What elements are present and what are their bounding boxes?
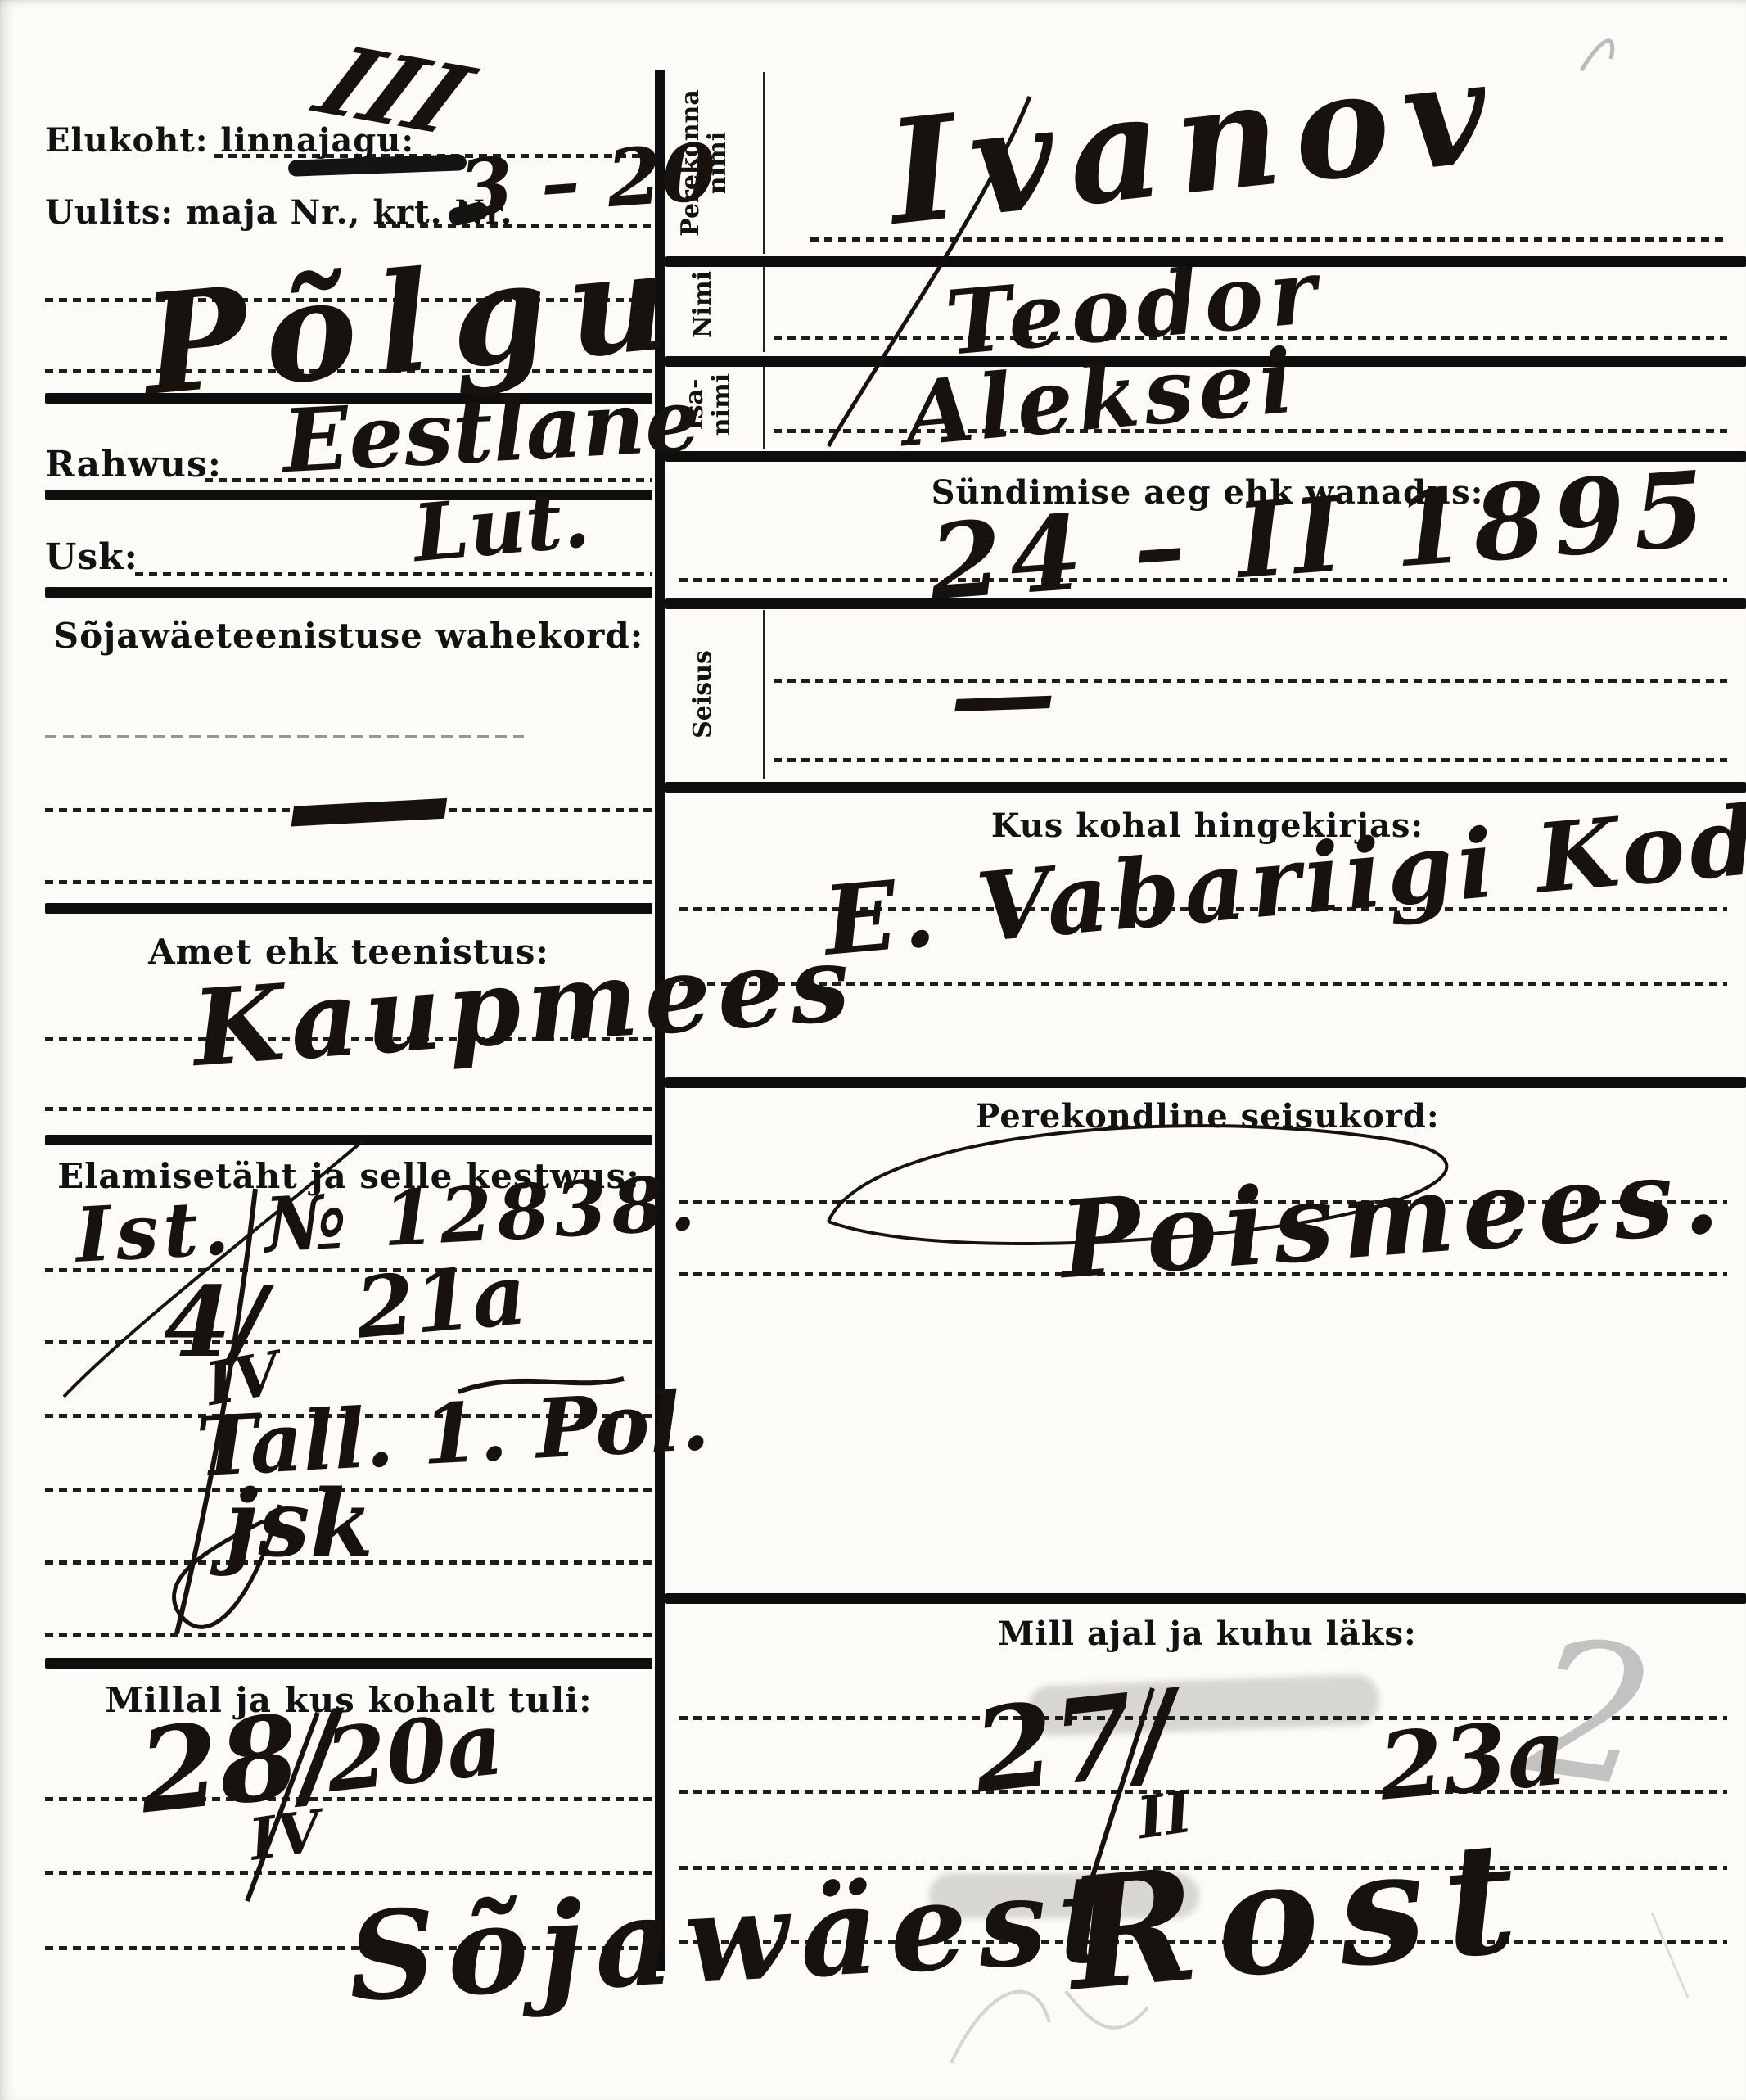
arrival-year-value: 20a [323,1704,507,1800]
status-value: — [948,645,1058,744]
arrival-from-value: Sõjawäest [345,1863,1128,2012]
permit-office2-value: jsk [225,1484,373,1566]
surname-value: Ivanov [883,46,1508,238]
ruled-line [45,1633,652,1637]
label-rule [763,610,765,779]
section-divider [45,1135,652,1145]
label-rule [763,72,765,254]
military-label: Sõjawäeteenistuse wahekord: [45,616,652,656]
pencil-scribble [1652,1913,1688,1998]
ruled-line [774,679,1727,683]
registration-card: Elukoht: linnajagu: III Uulits: maja Nr.… [0,0,1746,2100]
section-divider [45,587,652,598]
arrival-month-value: IV [246,1804,324,1866]
label-rule [763,266,765,352]
section-divider [45,1658,652,1669]
section-divider [45,903,652,914]
pencil-scribble [1581,41,1613,70]
military-value: — [278,716,458,880]
family-status-label: Perekondline seisukord: [679,1097,1735,1136]
religion-label: Usk: [45,536,138,578]
nationality-value: Eestlane [281,381,702,481]
ruled-line [45,1107,652,1111]
residence-value: III [305,38,481,142]
permit-office-value: Tall. 1. Pol. [195,1384,711,1484]
family-status-value: Poismees. [1058,1146,1730,1289]
street-label: Uulits: maja Nr., krt. Nr. [45,193,512,232]
ruled-line [774,758,1727,762]
street-number-value: 3 – 20 [456,137,718,225]
nationality-label: Rahwus: [45,444,222,485]
section-divider [665,782,1746,793]
status-label: Seisus [689,608,738,780]
label-rule [763,364,765,449]
first-name-label: Nimi [689,255,738,354]
departure-year-value: 23a [1376,1711,1569,1809]
departure-to-value: Rost [1063,1826,1541,2004]
religion-value: Lut. [411,484,593,570]
father-name-value: Aleksei [902,341,1302,455]
ruled-line [135,572,652,576]
permit-year-value: 21a [353,1258,529,1348]
section-divider [665,1077,1746,1088]
ruled-line [45,1340,652,1344]
